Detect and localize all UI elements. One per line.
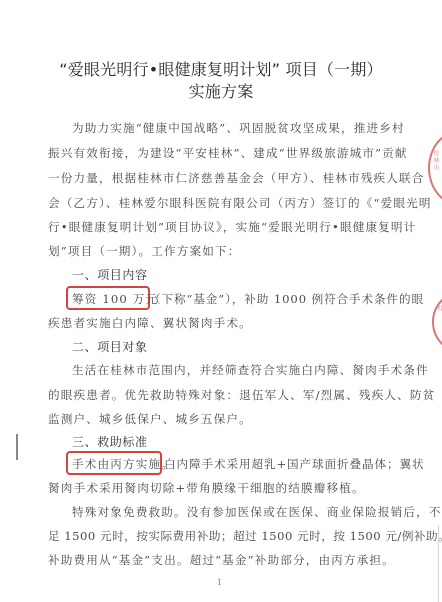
section3-line-3: 特殊对象免费救助。没有参加医保或在医保、商业保险报销后，不 [72, 504, 442, 520]
section3-line-2: 胬肉手术采用胬肉切除+带角膜缘干细胞的结膜瓣移植。 [48, 480, 365, 496]
section3-line-1: 白内障手术采用超乳+国产球面折叠晶体；翼状 [164, 456, 425, 472]
document-subtitle: 实施方案 [0, 79, 442, 102]
section2-line-3: 监测户、城乡低保户、城乡五保户。 [48, 411, 252, 427]
section2-line-2: 的眼疾患者。优先救助特殊对象：退伍军人、军/烈属、残疾人、防贫 [48, 387, 435, 403]
section3-highlight-text: 手术由丙方实施。 [72, 456, 174, 472]
intro-line-4: 会（乙方）、桂林爱尔眼科医院有限公司（丙方）签订的《“爱眼光明 [48, 195, 432, 211]
section1-highlight-text: 筹资 100 万元 [72, 291, 158, 307]
intro-line-5: 行•眼健康复明计划”项目协议》，实施“爱眼光明行•眼健康复明计 [48, 219, 416, 235]
document-page: “爱眼光明行•眼健康复明计划” 项目（一期） 实施方案 为助力实施“健康中国战略… [0, 0, 442, 602]
section-heading-aid-standard: 三、救助标准 [72, 433, 148, 450]
intro-line-3: 一份力量，根据桂林市仁济慈善基金会（甲方）、桂林市残疾人联合 [48, 170, 425, 186]
intro-line-1: 为助力实施“健康中国战略”、巩固脱贫攻坚成果，推进乡村 [72, 120, 405, 136]
margin-mark [16, 434, 18, 460]
section1-line-2: 疾患者实施白内障、翼状胬肉手术。 [48, 315, 252, 331]
page-number: 1 [217, 578, 222, 587]
section-heading-project-content: 一、项目内容 [72, 266, 148, 283]
section1-line-1: （下称“基金”），补助 1000 例符合手术条件的眼 [149, 291, 424, 307]
section3-line-5: 补助费用从“基金”支出。超过“基金”补助部分，由丙方承担。 [48, 552, 395, 568]
section-heading-project-target: 二、项目对象 [72, 338, 148, 355]
stamp-text-1: 桂林市 [431, 150, 440, 171]
document-title: “爱眼光明行•眼健康复明计划” 项目（一期） [0, 57, 442, 80]
page-edge-line [438, 525, 439, 602]
section2-line-1: 生活在桂林市范围内，并经筛查符合实施白内障、胬肉手术条件 [72, 362, 429, 378]
section3-line-4: 足 1500 元时，按实际费用补助；超过 1500 元时，按 1500 元/例补… [48, 528, 442, 544]
official-stamp-icon-2 [432, 290, 442, 354]
stamp-text-2: 桂 [435, 305, 442, 312]
intro-line-6: 划”项目（一期）。工作方案如下： [48, 243, 240, 259]
intro-line-2: 振兴有效衔接，为建设“平安桂林”、建成“世界级旅游城市”贡献 [48, 145, 408, 161]
